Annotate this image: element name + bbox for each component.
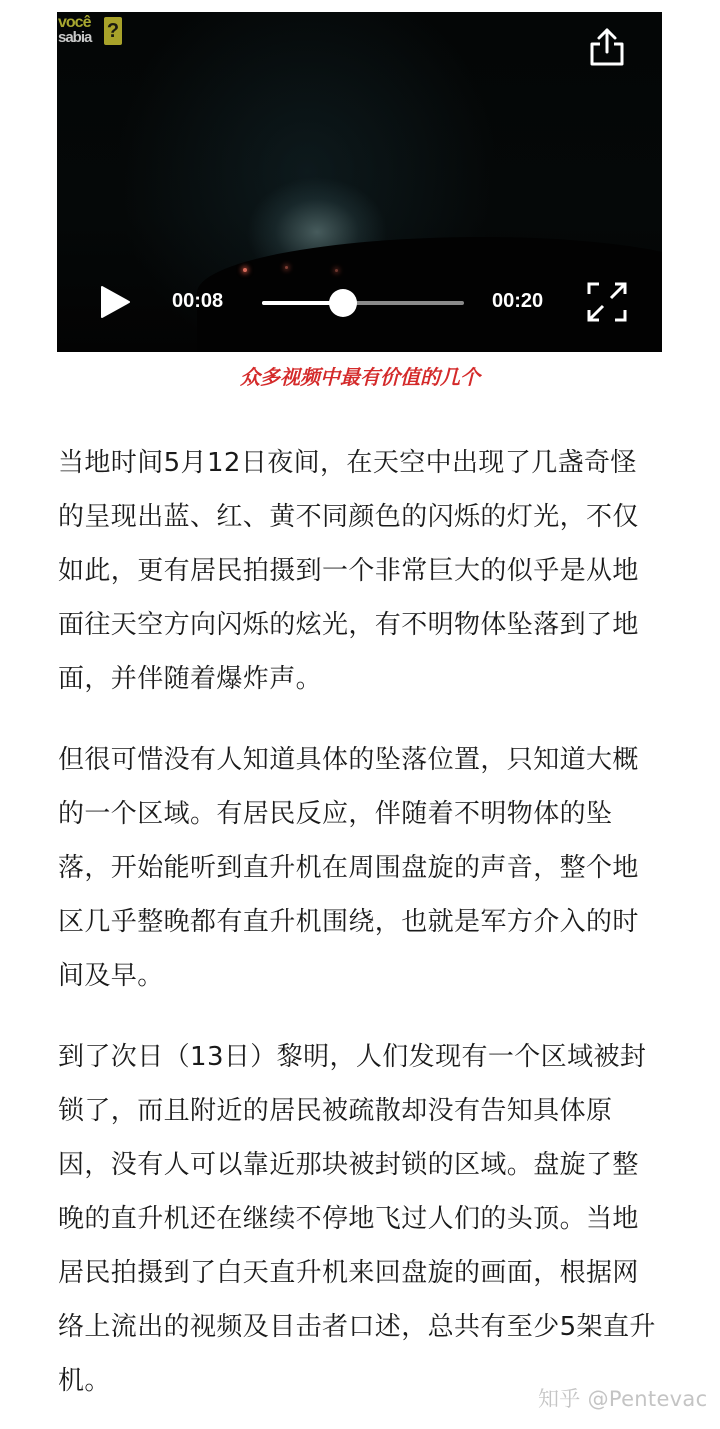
total-time: 00:20 <box>492 289 543 313</box>
channel-logo-badge: ? <box>104 17 122 45</box>
play-icon <box>97 284 133 320</box>
video-controls: 00:08 00:20 <box>57 272 662 332</box>
fullscreen-icon <box>585 280 629 324</box>
video-player[interactable]: você sabia ? 00:08 00:20 <box>57 12 662 352</box>
fullscreen-button[interactable] <box>585 280 629 324</box>
share-button[interactable] <box>587 26 627 68</box>
share-icon <box>587 26 627 68</box>
zhihu-watermark: 知乎 @Pentevac <box>538 1385 707 1413</box>
article-paragraph: 但很可惜没有人知道具体的坠落位置，只知道大概的一个区域。有居民反应，伴随着不明物… <box>58 733 658 1003</box>
article-paragraph: 到了次日（13日）黎明，人们发现有一个区域被封锁了，而且附近的居民被疏散却没有告… <box>58 1030 658 1408</box>
current-time: 00:08 <box>172 289 223 313</box>
channel-logo: você sabia ? <box>58 15 124 47</box>
seek-bar[interactable] <box>262 301 464 305</box>
video-caption: 众多视频中最有价值的几个 <box>0 362 720 392</box>
article-body: 当地时间5月12日夜间，在天空中出现了几盏奇怪的呈现出蓝、红、黄不同颜色的闪烁的… <box>58 436 658 1429</box>
video-frame-light <box>285 266 288 269</box>
play-button[interactable] <box>97 284 133 320</box>
seek-bar-thumb[interactable] <box>329 289 357 317</box>
article-paragraph: 当地时间5月12日夜间，在天空中出现了几盏奇怪的呈现出蓝、红、黄不同颜色的闪烁的… <box>58 436 658 706</box>
